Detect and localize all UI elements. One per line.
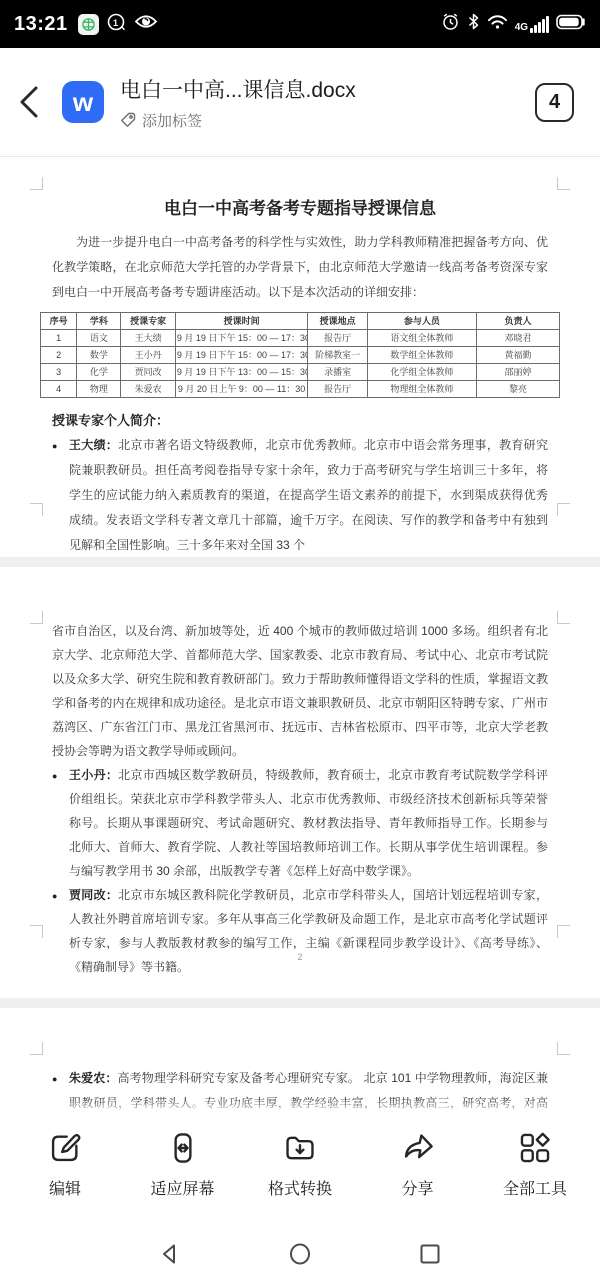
expert-name: 贾同改： bbox=[69, 888, 118, 902]
cell: 9 月 19 日下午 13：00 — 15：30 bbox=[175, 364, 307, 381]
expert-bio-text: 北京市著名语文特级教师，北京市优秀教师。北京市中语会常务理事，教育研究院兼职教研… bbox=[69, 438, 548, 552]
tool-label: 适应屏幕 bbox=[150, 1176, 214, 1199]
fit-screen-icon bbox=[166, 1131, 200, 1165]
crop-mark bbox=[557, 1042, 570, 1055]
back-button[interactable] bbox=[18, 80, 54, 124]
cell: 化学组全体教师 bbox=[367, 364, 476, 381]
wifi-icon bbox=[487, 13, 508, 35]
document-viewport[interactable]: 电白一中高考备考专题指导授课信息 为进一步提升电白一中高考备考的科学性与实效性，… bbox=[0, 157, 600, 1115]
edit-icon bbox=[48, 1131, 82, 1165]
bluetooth-icon bbox=[467, 12, 480, 36]
format-convert-button[interactable]: 格式转换 bbox=[261, 1131, 339, 1235]
nav-back-button[interactable] bbox=[158, 1242, 182, 1271]
title-block: 电白一中高...课信息.docx 添加标签 bbox=[120, 74, 535, 131]
col-header: 授课专家 bbox=[121, 313, 175, 330]
crop-mark bbox=[30, 611, 43, 624]
expert-name: 王小丹： bbox=[69, 768, 118, 782]
document-page-2: 省市自治区，以及台湾、新加坡等处，近 400 个城市的教师做过培训 1000 多… bbox=[0, 567, 600, 998]
cell: 邵丽婷 bbox=[476, 364, 559, 381]
crop-mark bbox=[30, 503, 43, 516]
bullet-marker: ● bbox=[52, 763, 69, 883]
table-row: 3 化学 贾同改 9 月 19 日下午 13：00 — 15：30 录播室 化学… bbox=[41, 364, 560, 381]
document-title: 电白一中高考备考专题指导授课信息 bbox=[52, 197, 548, 221]
page-gap bbox=[0, 998, 600, 1008]
bullet-marker: ● bbox=[52, 433, 69, 557]
svg-text:1: 1 bbox=[113, 18, 118, 28]
timer-app-icon: 1 bbox=[106, 11, 127, 37]
cell: 2 bbox=[41, 347, 77, 364]
status-bar: 13:21 1 bbox=[0, 0, 600, 48]
table-row: 2 数学 王小丹 9 月 19 日下午 15：00 — 17：30 阶梯教室一 … bbox=[41, 347, 560, 364]
page-count-value: 4 bbox=[549, 91, 560, 114]
cell: 3 bbox=[41, 364, 77, 381]
expert-bio-wangdaji: ● 王大绩：北京市著名语文特级教师，北京市优秀教师。北京市中语会常务理事，教育研… bbox=[52, 433, 548, 557]
tool-label: 格式转换 bbox=[268, 1176, 332, 1199]
clock-time: 13:21 bbox=[14, 13, 68, 36]
battery-icon bbox=[556, 14, 586, 35]
doc-icon-letter: w bbox=[73, 87, 93, 118]
crop-mark bbox=[30, 925, 43, 938]
add-tag-button[interactable]: 添加标签 bbox=[120, 110, 535, 131]
page-gap bbox=[0, 557, 600, 567]
cell: 物理组全体教师 bbox=[367, 381, 476, 398]
page-number: 1 bbox=[0, 519, 600, 529]
schedule-table: 序号 学科 授课专家 授课时间 授课地点 参与人员 负责人 1 语文 王大绩 9… bbox=[40, 312, 560, 398]
table-row: 1 语文 王大绩 9 月 19 日下午 15：00 — 17：30 报告厅 语文… bbox=[41, 330, 560, 347]
cell: 报告厅 bbox=[308, 330, 368, 347]
cell: 黎亮 bbox=[476, 381, 559, 398]
document-page-1: 电白一中高考备考专题指导授课信息 为进一步提升电白一中高考备考的科学性与实效性，… bbox=[0, 157, 600, 557]
android-nav-bar bbox=[0, 1235, 600, 1277]
expert-bio-text: 北京市西城区数学教研员，特级教师，教育硕士，北京市教育考试院数学学科评价组组长。… bbox=[69, 768, 548, 878]
cell: 4 bbox=[41, 381, 77, 398]
expert-bio-jiatonggai: ● 贾同改：北京市东城区教科院化学教研员，北京市学科带头人，国培计划远程培训专家… bbox=[52, 883, 548, 979]
page-number: 2 bbox=[0, 952, 600, 962]
experts-section-heading: 授课专家个人简介： bbox=[52, 408, 548, 433]
signal-icon: 4G bbox=[515, 16, 549, 33]
cell: 报告厅 bbox=[308, 381, 368, 398]
cell: 1 bbox=[41, 330, 77, 347]
cell: 9 月 20 日上午 9：00 — 11：30 bbox=[175, 381, 307, 398]
cell: 朱爱农 bbox=[121, 381, 175, 398]
cell: 王大绩 bbox=[121, 330, 175, 347]
tool-label: 编辑 bbox=[49, 1176, 81, 1199]
cell: 化学 bbox=[77, 364, 121, 381]
cell: 语文组全体教师 bbox=[367, 330, 476, 347]
cell: 录播室 bbox=[308, 364, 368, 381]
cell: 9 月 19 日下午 15：00 — 17：30 bbox=[175, 347, 307, 364]
cell: 语文 bbox=[77, 330, 121, 347]
edit-button[interactable]: 编辑 bbox=[26, 1131, 104, 1235]
document-page-3: ● 朱爱农：高考物理学科研究专家及备考心理研究专家。 北京 101 中学物理教师… bbox=[0, 1008, 600, 1115]
eye-protection-icon bbox=[134, 13, 158, 35]
share-icon bbox=[401, 1131, 435, 1165]
table-row: 4 物理 朱爱农 9 月 20 日上午 9：00 — 11：30 报告厅 物理组… bbox=[41, 381, 560, 398]
col-header: 学科 bbox=[77, 313, 121, 330]
tag-icon bbox=[120, 112, 136, 128]
cell: 邓晓君 bbox=[476, 330, 559, 347]
col-header: 参与人员 bbox=[367, 313, 476, 330]
nav-recents-button[interactable] bbox=[418, 1242, 442, 1271]
crop-mark bbox=[557, 177, 570, 190]
cell: 物理 bbox=[77, 381, 121, 398]
bottom-toolbar: 编辑 适应屏幕 格式转换 分享 全部工具 bbox=[0, 1115, 600, 1235]
all-tools-icon bbox=[518, 1131, 552, 1165]
cell: 黄福勤 bbox=[476, 347, 559, 364]
cell: 数学组全体教师 bbox=[367, 347, 476, 364]
cell: 贾同改 bbox=[121, 364, 175, 381]
alarm-icon bbox=[441, 12, 460, 36]
col-header: 授课时间 bbox=[175, 313, 307, 330]
share-button[interactable]: 分享 bbox=[379, 1131, 457, 1235]
intro-paragraph: 为进一步提升电白一中高考备考的科学性与实效性，助力学科教师精准把握备考方向、优化… bbox=[52, 230, 548, 305]
tool-label: 分享 bbox=[401, 1176, 433, 1199]
crop-mark bbox=[557, 925, 570, 938]
cell: 王小丹 bbox=[121, 347, 175, 364]
fit-screen-button[interactable]: 适应屏幕 bbox=[144, 1131, 222, 1235]
nav-home-button[interactable] bbox=[288, 1242, 312, 1271]
format-convert-icon bbox=[283, 1131, 317, 1165]
col-header: 授课地点 bbox=[308, 313, 368, 330]
crop-mark bbox=[557, 611, 570, 624]
all-tools-button[interactable]: 全部工具 bbox=[496, 1131, 574, 1235]
word-doc-icon: w bbox=[62, 81, 104, 123]
expert-name: 朱爱农： bbox=[69, 1071, 118, 1085]
header: w 电白一中高...课信息.docx 添加标签 4 bbox=[0, 48, 600, 157]
file-title: 电白一中高...课信息.docx bbox=[120, 74, 535, 104]
cell: 阶梯教室一 bbox=[308, 347, 368, 364]
text-fade-overlay bbox=[0, 1099, 600, 1115]
add-tag-label: 添加标签 bbox=[142, 110, 202, 131]
crop-mark bbox=[30, 1042, 43, 1055]
green-app-icon bbox=[78, 14, 99, 35]
page-count-badge[interactable]: 4 bbox=[535, 83, 574, 122]
cell: 数学 bbox=[77, 347, 121, 364]
bullet-marker: ● bbox=[52, 883, 69, 979]
expert-bio-continuation: 省市自治区，以及台湾、新加坡等处，近 400 个城市的教师做过培训 1000 多… bbox=[52, 619, 548, 763]
expert-name: 王大绩： bbox=[69, 438, 118, 452]
tool-label: 全部工具 bbox=[503, 1176, 567, 1199]
crop-mark bbox=[557, 503, 570, 516]
col-header: 序号 bbox=[41, 313, 77, 330]
col-header: 负责人 bbox=[476, 313, 559, 330]
crop-mark bbox=[30, 177, 43, 190]
cell: 9 月 19 日下午 15：00 — 17：30 bbox=[175, 330, 307, 347]
expert-bio-wangxiaodan: ● 王小丹：北京市西城区数学教研员，特级教师，教育硕士，北京市教育考试院数学学科… bbox=[52, 763, 548, 883]
table-header-row: 序号 学科 授课专家 授课时间 授课地点 参与人员 负责人 bbox=[41, 313, 560, 330]
